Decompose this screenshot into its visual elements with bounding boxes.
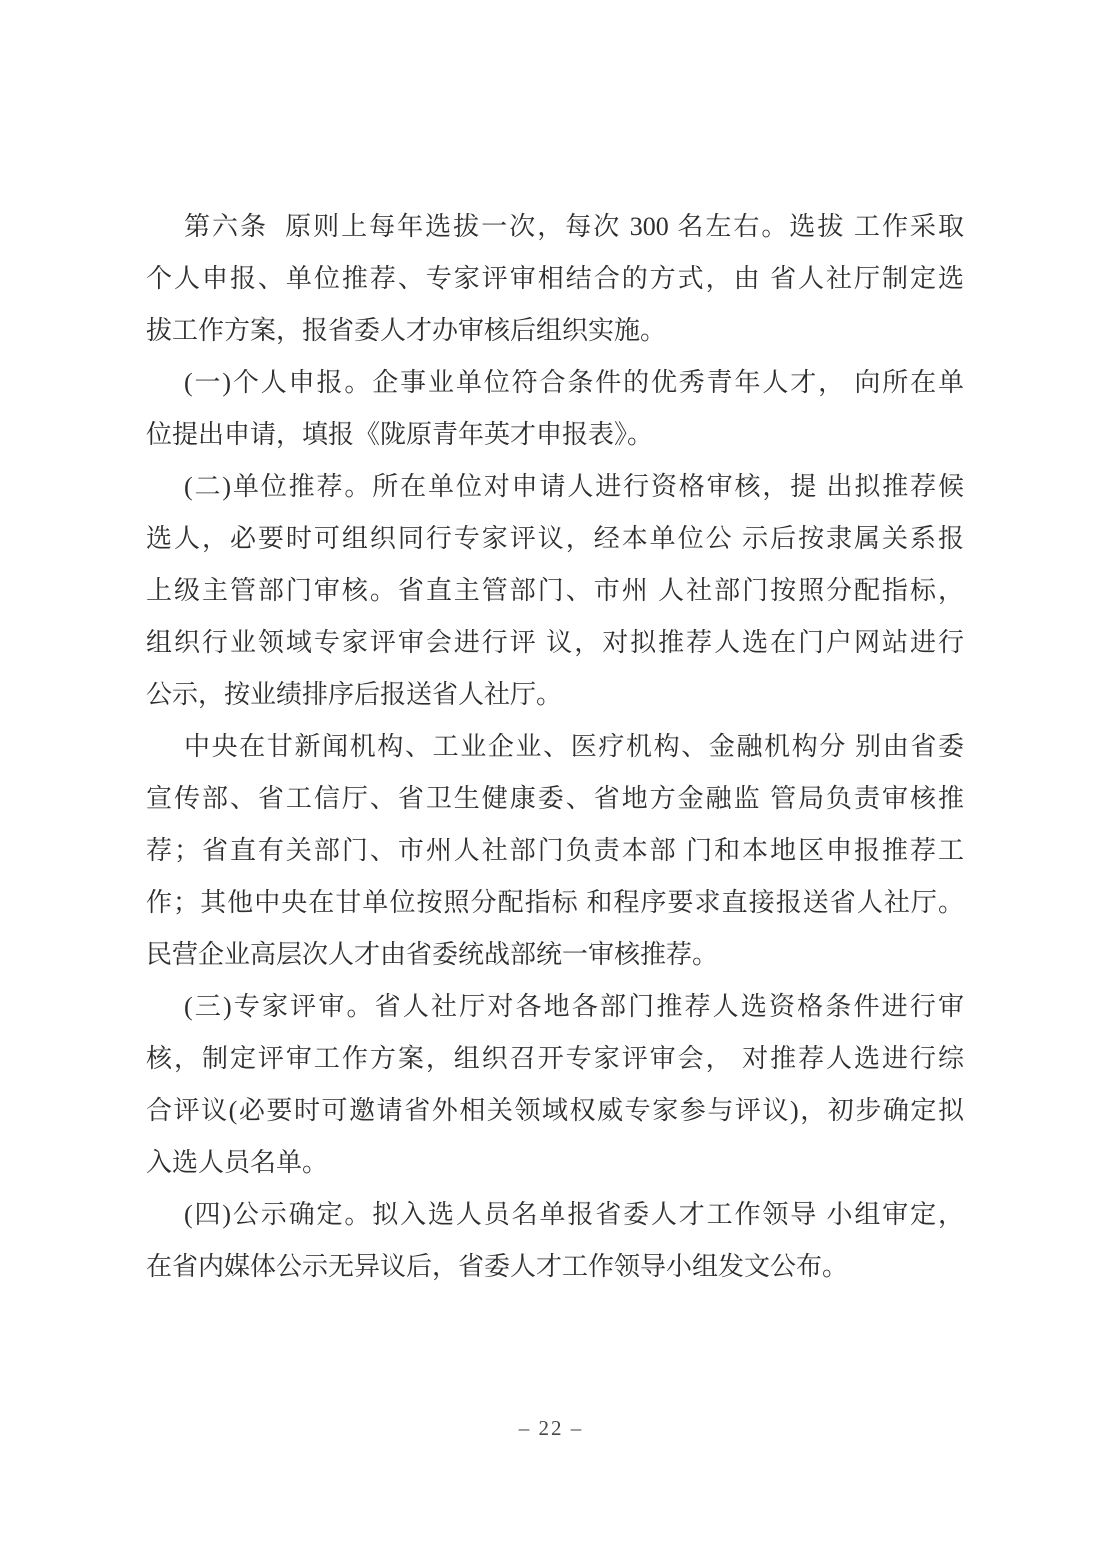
text-line: 在省内媒体公示无异议后，省委人才工作领导小组发文公布。: [146, 1241, 964, 1293]
text-line: 第六条 原则上每年选拔一次，每次 300 名左右。选拔 工作采取: [146, 201, 964, 253]
text-line: 上级主管部门审核。省直主管部门、市州 人社部门按照分配指标，: [146, 565, 964, 617]
text-line: 拔工作方案，报省委人才办审核后组织实施。: [146, 305, 964, 357]
text-line: 中央在甘新闻机构、工业企业、医疗机构、金融机构分 别由省委: [146, 721, 964, 773]
text-line: 作；其他中央在甘单位按照分配指标 和程序要求直接报送省人社厅。: [146, 877, 964, 929]
text-line: 入选人员名单。: [146, 1137, 964, 1189]
text-line: (一)个人申报。企事业单位符合条件的优秀青年人才， 向所在单: [146, 357, 964, 409]
text-line: (四)公示确定。拟入选人员名单报省委人才工作领导 小组审定，: [146, 1189, 964, 1241]
text-line: 位提出申请，填报《陇原青年英才申报表》。: [146, 409, 964, 461]
page-number: – 22 –: [519, 1416, 584, 1440]
text-line: 民营企业高层次人才由省委统战部统一审核推荐。: [146, 929, 964, 981]
text-line: 组织行业领域专家评审会进行评 议，对拟推荐人选在门户网站进行: [146, 617, 964, 669]
text-line: 个人申报、单位推荐、专家评审相结合的方式，由 省人社厅制定选: [146, 253, 964, 305]
text-line: 合评议(必要时可邀请省外相关领域权威专家参与评议)，初步确定拟: [146, 1085, 964, 1137]
text-line: 选人，必要时可组织同行专家评议，经本单位公 示后按隶属关系报: [146, 513, 964, 565]
document-body: 第六条 原则上每年选拔一次，每次 300 名左右。选拔 工作采取 个人申报、单位…: [146, 201, 964, 1293]
text-line: 公示，按业绩排序后报送省人社厅。: [146, 669, 964, 721]
text-line: (二)单位推荐。所在单位对申请人进行资格审核，提 出拟推荐候: [146, 461, 964, 513]
text-line: 核，制定评审工作方案，组织召开专家评审会， 对推荐人选进行综: [146, 1033, 964, 1085]
text-line: 宣传部、省工信厅、省卫生健康委、省地方金融监 管局负责审核推: [146, 773, 964, 825]
text-line: 荐；省直有关部门、市州人社部门负责本部 门和本地区申报推荐工: [146, 825, 964, 877]
page-footer: – 22 –: [0, 1416, 1102, 1441]
document-page: 第六条 原则上每年选拔一次，每次 300 名左右。选拔 工作采取 个人申报、单位…: [0, 0, 1102, 1559]
text-line: (三)专家评审。省人社厅对各地各部门推荐人选资格条件进行审: [146, 981, 964, 1033]
